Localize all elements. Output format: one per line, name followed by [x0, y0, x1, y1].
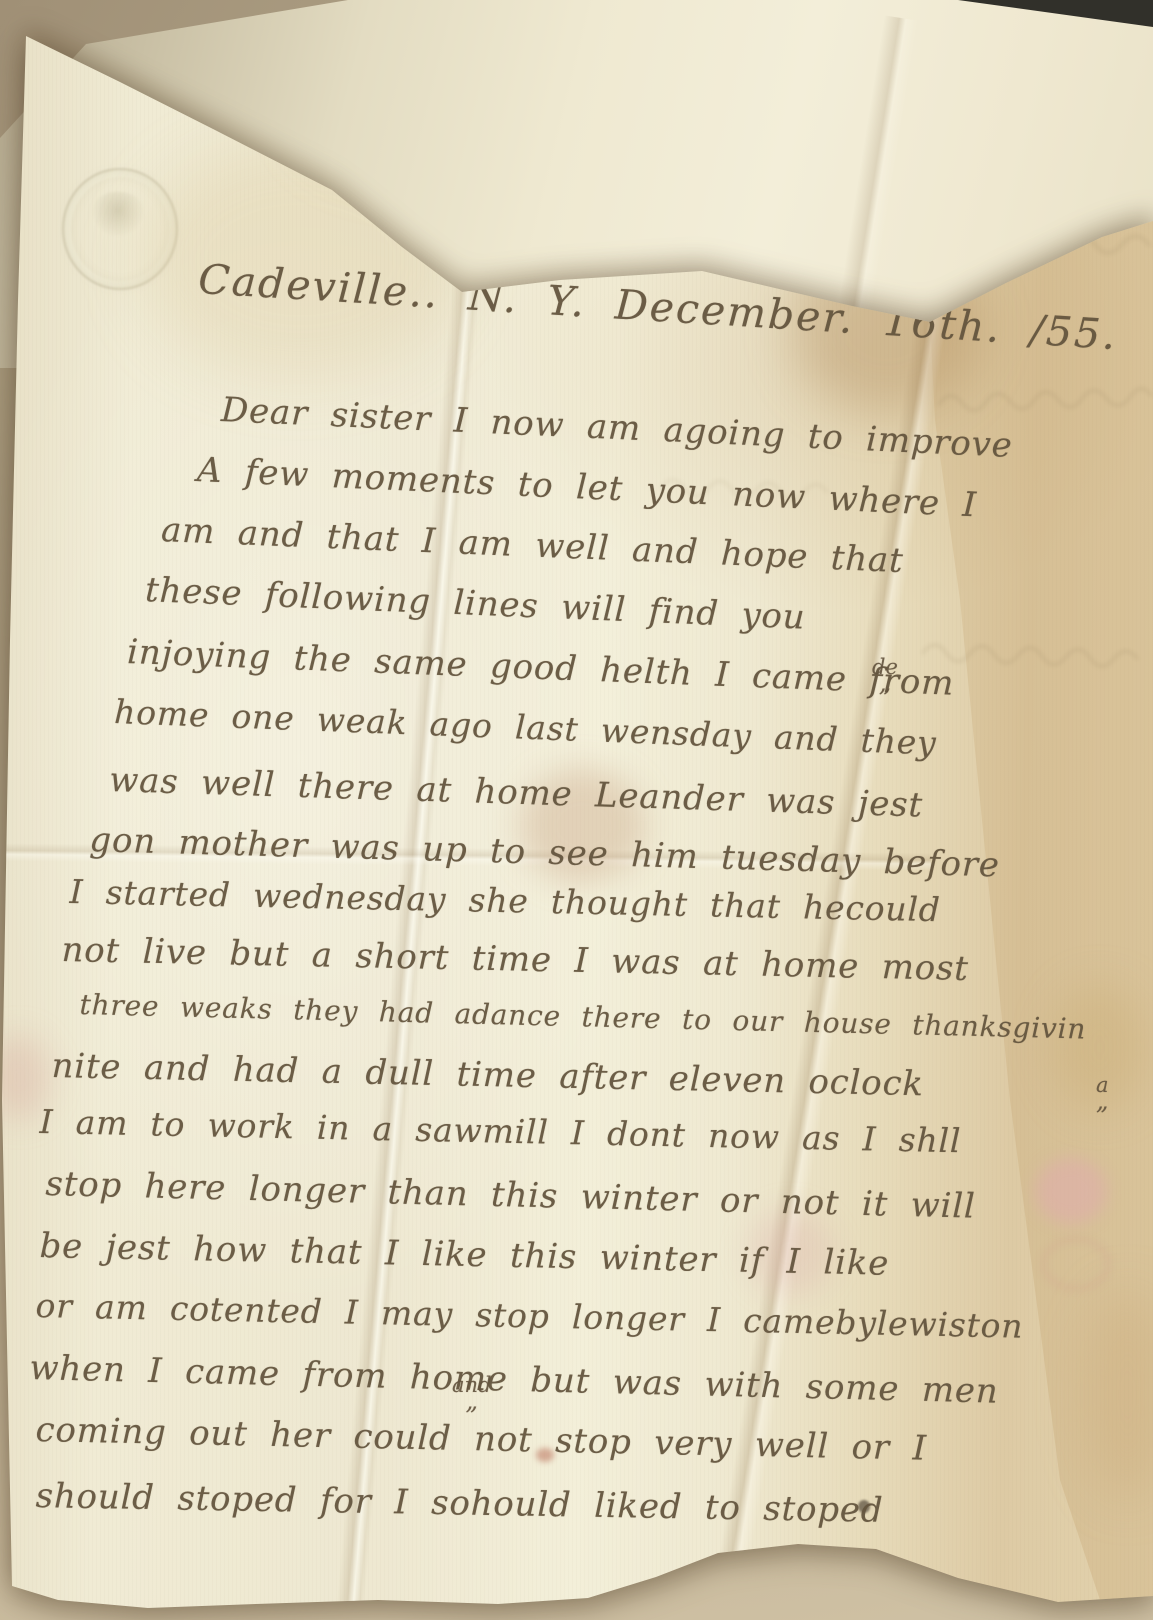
letter-line: home one weak ago last wensday and they	[114, 692, 938, 763]
stain	[140, 140, 460, 380]
ghost-writing	[921, 632, 1152, 680]
letter-page-wrap: Cadeville.. N. Y. December. 16th. /55. D…	[0, 0, 1153, 1620]
ghost-writing	[841, 210, 1153, 266]
caret-mark: „	[1096, 1093, 1108, 1110]
letter-line: three weaks they had adance there to our…	[79, 988, 1086, 1046]
insertion-word: a „	[1096, 1078, 1109, 1109]
letter-line: when I came from home but was with some …	[29, 1348, 999, 1412]
caret-mark: „	[879, 675, 891, 692]
stain	[300, 60, 560, 180]
letter-line: injoying the same good helth I came from	[126, 632, 954, 704]
letter-photograph: Cadeville.. N. Y. December. 16th. /55. D…	[0, 0, 1153, 1620]
letter-line: I started wednesday she thought that hec…	[69, 872, 941, 929]
letter-line: I am to work in a sawmill I dont now as …	[39, 1102, 961, 1160]
letter-line: was well there at home Leander was jest	[109, 760, 924, 826]
letter-line: these following lines will find you	[144, 570, 806, 638]
caret-mark: „	[466, 1393, 478, 1410]
letter-line: or am cotented I may stop longer I cameb…	[35, 1286, 1024, 1346]
letter-line: nite and had a dull time after eleven oc…	[51, 1046, 924, 1104]
stain	[1035, 1158, 1107, 1224]
letter-line: am and that I am well and hope that	[160, 510, 904, 581]
letter-line: A few moments to let you now where I	[196, 450, 977, 525]
stain	[1042, 1238, 1110, 1290]
insertion-word: and „	[452, 1378, 492, 1409]
ghost-writing	[937, 376, 1153, 423]
letter-page: Cadeville.. N. Y. December. 16th. /55. D…	[0, 0, 1153, 1620]
letter-line: coming out her could not stop very well …	[35, 1410, 927, 1469]
insertion-word: de „	[872, 660, 898, 691]
letter-line: stop here longer than this winter or not…	[45, 1164, 976, 1227]
